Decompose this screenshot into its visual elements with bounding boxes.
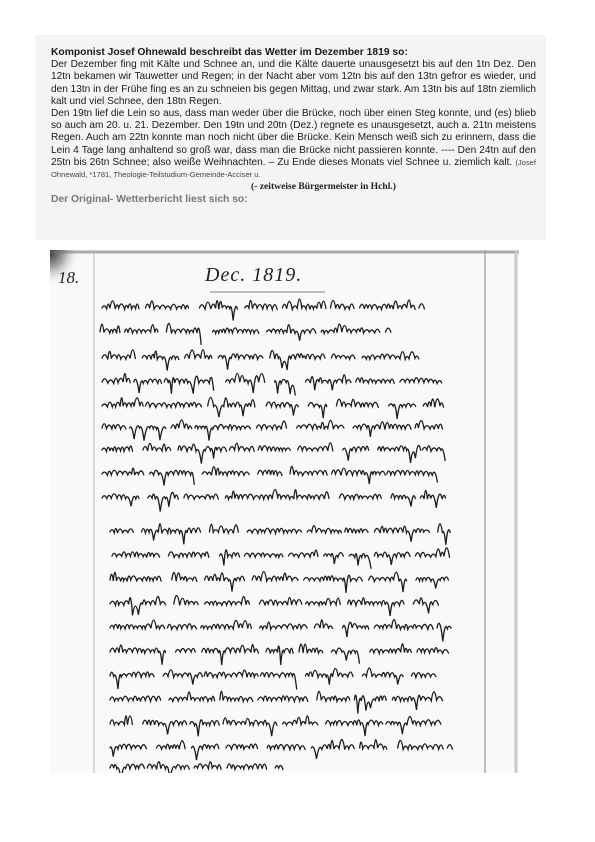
- transcription-paragraph-2-text: Den 19tn lief die Lein so aus, dass man …: [51, 108, 536, 168]
- handwritten-scan-image: 18. Dec. 1819.: [50, 250, 519, 773]
- transcription-paragraph-1: Der Dezember fing mit Kälte und Schnee a…: [51, 59, 536, 108]
- transcription-box: Komponist Josef Ohnewald beschreibt das …: [35, 35, 546, 240]
- page-number: 18.: [58, 268, 79, 288]
- original-report-heading: Der Original- Wetterbericht liest sich s…: [51, 194, 536, 206]
- scan-header-date: Dec. 1819.: [205, 264, 302, 287]
- handwriting-drawing: [50, 250, 519, 773]
- transcription-paragraph-2: Den 19tn lief die Lein so aus, dass man …: [51, 108, 536, 181]
- biographical-note-continuation: (- zeitweise Bürgermeister in Hchl.): [51, 181, 536, 193]
- document-title: Komponist Josef Ohnewald beschreibt das …: [51, 47, 536, 59]
